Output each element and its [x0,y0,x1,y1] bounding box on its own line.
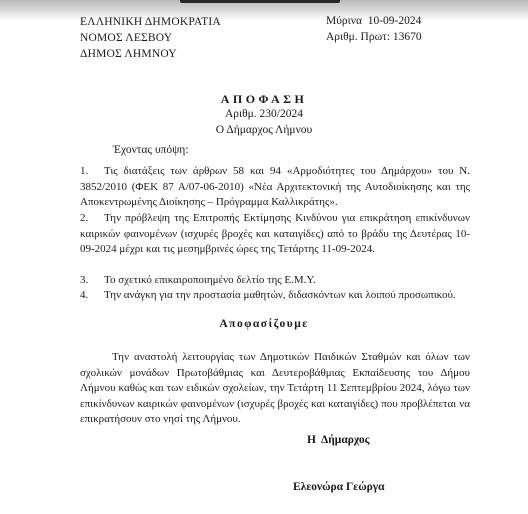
list-item: 3.Το σχετικό επικαιροποιημένο δελτίο της… [80,273,470,289]
considering-label: Έχοντας υπόψη: [113,144,189,156]
list-item: 4.Την ανάγκη για την προστασία μαθητών, … [80,288,470,304]
protocol-number: Αριθμ. Πρωτ: 13670 [326,29,422,45]
list-item-number: 4. [80,288,104,304]
issuer-header: ΕΛΛΗΝΙΚΗ ΔΗΜΟΚΡΑΤΙΑ ΝΟΜΟΣ ΛΕΣΒΟΥ ΔΗΜΟΣ Λ… [80,14,221,62]
list-item: 2.Την πρόβλεψη της Επιτροπής Εκτίμησης Κ… [80,211,470,258]
list-item-number: 3. [80,273,104,289]
header-line-municipality: ΔΗΜΟΣ ΛΗΜΝΟΥ [80,46,221,62]
signature-role: Η Δήμαρχος [307,434,369,446]
decide-heading: Αποφασίζουμε [0,318,528,330]
signature-name: Ελεονώρα Γεώργα [293,481,385,493]
list-item-text: Το σχετικό επικαιροποιημένο δελτίο της Ε… [104,274,316,286]
list-item-number: 2. [80,211,104,227]
decision-text: Την αναστολή λειτουργίας των Δημοτικών Π… [80,350,470,428]
header-line-republic: ΕΛΛΗΝΙΚΗ ΔΗΜΟΚΡΑΤΙΑ [80,14,221,30]
list-item-text: Τις διατάξεις των άρθρων 58 και 94 «Αρμο… [80,165,470,208]
list-item-text: Την ανάγκη για την προστασία μαθητών, δι… [104,289,456,301]
list-item: 1.Τις διατάξεις των άρθρων 58 και 94 «Αρ… [80,164,470,211]
document-meta: Μύρινα 10-09-2024 Αριθμ. Πρωτ: 13670 [326,13,422,45]
list-item-number: 1. [80,164,104,180]
document-title: ΑΠΟΦΑΣΗ [0,92,528,107]
decision-number: Αριθμ. 230/2024 [0,108,528,120]
header-line-prefecture: ΝΟΜΟΣ ΛΕΣΒΟΥ [80,30,221,46]
list-item-text: Την πρόβλεψη της Επιτροπής Εκτίμησης Κιν… [80,212,470,255]
place-date: Μύρινα 10-09-2024 [326,13,422,29]
top-bar [180,0,340,3]
issuer-title: Ο Δήμαρχος Λήμνου [0,124,528,136]
